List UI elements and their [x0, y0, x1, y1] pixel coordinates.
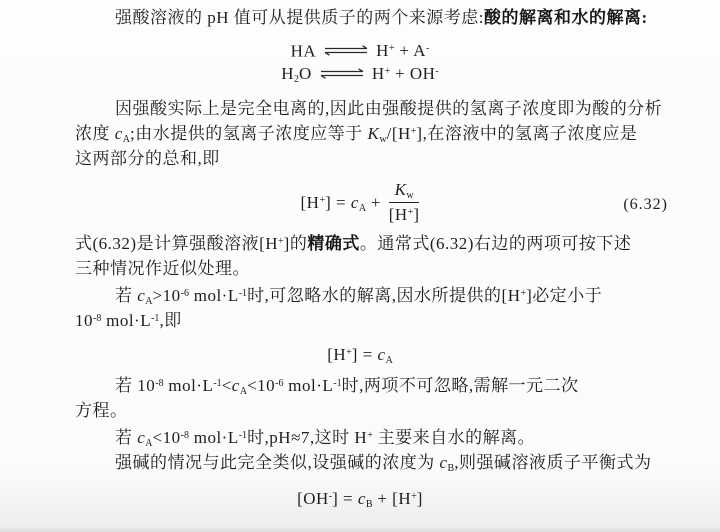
para-strong-acid-line-1: 因强酸实际上是完全电离的,因此由强酸提供的氢离子浓度即为酸的分析 [115, 99, 662, 119]
intro-text: 强酸溶液的 pH 值可从提供质子的两个来源考虑: [115, 8, 484, 27]
equation-h2o-left: H2O [281, 64, 312, 83]
case1-line-1: 若 cA>10-6 mol·L-1时,可忽略水的解离,因水所提供的[H+]必定小… [115, 286, 602, 306]
intro-emphasis: 酸的解离和水的解离: [484, 8, 648, 27]
case2-line-2: 方程。 [75, 401, 128, 421]
equation-number: (6.32) [623, 196, 668, 214]
exact-formula-text-b: 。通常式(6.32)右边的两项可按下述 [360, 234, 632, 253]
equation-632-lhs: [H+] = cA + [301, 193, 386, 212]
para-strong-base-line: 强碱的情况与此完全类似,设强碱的浓度为 cB,则强碱溶液质子平衡式为 [115, 453, 651, 473]
exact-formula-text-a: 式(6.32)是计算强酸溶液[H+]的 [75, 234, 307, 253]
fraction-numerator: Kw [389, 180, 420, 203]
equation-632: [H+] = cA + Kw[H+] [0, 184, 720, 225]
case2-line-1: 若 10-8 mol·L-1<cA<10-6 mol·L-1时,两项不可忽略,需… [115, 376, 579, 396]
equation-h2o: H2OH+ + OH- [0, 64, 720, 87]
intro-line: 强酸溶液的 pH 值可从提供质子的两个来源考虑:酸的解离和水的解离: [115, 8, 648, 28]
para-exact-formula-line-2: 三种情况作近似处理。 [75, 259, 250, 279]
exact-formula-emphasis: 精确式 [307, 234, 360, 253]
equation-ha-right: H+ + A- [376, 41, 429, 60]
equilibrium-arrow-icon [323, 41, 369, 61]
equation-h-equals-ca: [H+] = cA [0, 345, 720, 365]
para-exact-formula-line-1: 式(6.32)是计算强酸溶液[H+]的精确式。通常式(6.32)右边的两项可按下… [75, 234, 631, 254]
case1-line-2: 10-8 mol·L-1,即 [75, 311, 182, 331]
textbook-page: 强酸溶液的 pH 值可从提供质子的两个来源考虑:酸的解离和水的解离: HAH+ … [0, 0, 720, 532]
equation-ha-left: HA [291, 41, 317, 60]
equation-oh: [OH-] = cB + [H+] [0, 489, 720, 509]
fraction-denominator: [H+] [389, 203, 420, 225]
equilibrium-arrow-icon [319, 64, 365, 84]
case3-line: 若 cA<10-8 mol·L-1时,pH≈7,这时 H+ 主要来自水的解离。 [115, 428, 535, 448]
equation-ha: HAH+ + A- [0, 41, 720, 64]
para-strong-acid-line-3: 这两部分的总和,即 [75, 149, 220, 169]
equation-632-fraction: Kw[H+] [389, 180, 420, 225]
para-strong-acid-line-2: 浓度 cA;由水提供的氢离子浓度应等于 Kw/[H+],在溶液中的氢离子浓度应是 [75, 124, 637, 144]
equation-h2o-right: H+ + OH- [372, 64, 439, 83]
